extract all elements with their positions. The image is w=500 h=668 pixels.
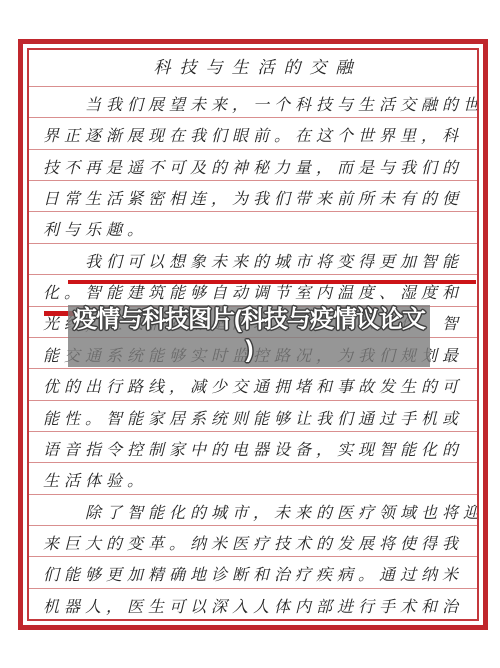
red-marker-underline — [68, 280, 476, 284]
essay-title: 科技与生活的交融 — [145, 58, 362, 78]
essay-line-text: 来巨大的变革。纳米医疗技术的发展将使得我 — [43, 536, 463, 554]
essay-line: 生活体验。 — [29, 463, 477, 494]
essay-line-text: 能性。智能家居系统则能够让我们通过手机或 — [43, 411, 463, 429]
essay-line-text: 生活体验。 — [43, 473, 148, 491]
essay-line-text: 技不再是遥不可及的神秘力量，而是与我们的 — [43, 160, 463, 178]
essay-line-text: 日常生活紧密相连，为我们带来前所未有的便 — [43, 191, 463, 209]
essay-line-text: 化。智能建筑能够自动调节室内温度、湿度和 — [43, 285, 463, 303]
essay-line: 我们可以想象未来的城市将变得更加智能 — [29, 244, 477, 275]
essay-line-text: 们能够更加精确地诊断和治疗疾病。通过纳米 — [43, 567, 463, 585]
essay-line-text: 语音指令控制家中的电器设备，实现智能化的 — [43, 442, 463, 460]
watermark-text-line2: ) — [246, 335, 253, 365]
watermark-text-line1: 疫情与科技图片(科技与疫情议论文 — [73, 305, 425, 335]
essay-line: 界正逐渐展现在我们眼前。在这个世界里，科 — [29, 118, 477, 149]
essay-line: 们能够更加精确地诊断和治疗疾病。通过纳米 — [29, 557, 477, 588]
essay-line-text: 除了智能化的城市，未来的医疗领域也将迎 — [43, 505, 477, 523]
watermark-banner: 疫情与科技图片(科技与疫情议论文 ) — [68, 305, 430, 367]
essay-line: 当我们展望未来，一个科技与生活交融的世 — [29, 87, 477, 118]
essay-line-text: 界正逐渐展现在我们眼前。在这个世界里，科 — [43, 128, 463, 146]
essay-line-text: 机器人，医生可以深入人体内部进行手术和治 — [43, 599, 463, 617]
essay-line-text: 优的出行路线，减少交通拥堵和事故发生的可 — [43, 379, 463, 397]
essay-line: 能性。智能家居系统则能够让我们通过手机或 — [29, 401, 477, 432]
essay-line: 语音指令控制家中的电器设备，实现智能化的 — [29, 432, 477, 463]
essay-line: 机器人，医生可以深入人体内部进行手术和治 — [29, 589, 477, 619]
essay-line-text: 当我们展望未来，一个科技与生活交融的世 — [43, 97, 477, 115]
essay-line: 来巨大的变革。纳米医疗技术的发展将使得我 — [29, 526, 477, 557]
essay-line: 优的出行路线，减少交通拥堵和事故发生的可 — [29, 369, 477, 400]
essay-line: 利与乐趣。 — [29, 212, 477, 243]
essay-line: 日常生活紧密相连，为我们带来前所未有的便 — [29, 181, 477, 212]
essay-title-row: 科技与生活的交融 — [29, 50, 477, 87]
essay-line-text: 利与乐趣。 — [43, 222, 148, 240]
essay-line: 技不再是遥不可及的神秘力量，而是与我们的 — [29, 150, 477, 181]
essay-line: 除了智能化的城市，未来的医疗领域也将迎 — [29, 495, 477, 526]
essay-line-text: 我们可以想象未来的城市将变得更加智能 — [43, 254, 463, 272]
